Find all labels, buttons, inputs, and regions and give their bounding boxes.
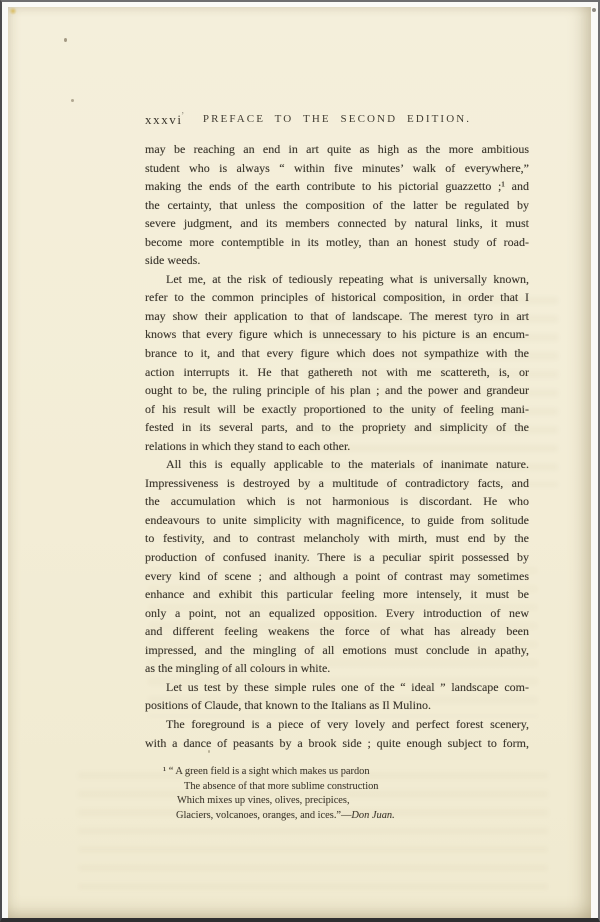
running-head: xxxvi ’ PREFACE TO THE SECOND EDITION. <box>145 110 529 129</box>
paragraph: The foreground is a piece of very lovely… <box>145 715 529 752</box>
text-line: action interrupts it. He that gathereth … <box>145 363 529 382</box>
footnote-line: Which mixes up vines, olives, precipices… <box>177 794 529 809</box>
stray-ink-mark: ’ <box>181 107 184 126</box>
text-line: severe judgment, and its members connect… <box>145 214 529 233</box>
text-line: of his result will be exactly proportion… <box>145 400 529 419</box>
text-line: production of confused inanity. There is… <box>145 548 529 567</box>
text-line: relations in which they stand to each ot… <box>145 437 529 456</box>
text-line: may show their application to that of la… <box>145 307 529 326</box>
text-line: become more contemptible in its motley, … <box>145 233 529 252</box>
text-line: side weeds. <box>145 251 529 270</box>
paragraph: Let me, at the risk of tediously repeati… <box>145 270 529 455</box>
footnote-line: Glaciers, volcanoes, oranges, and ices.”… <box>176 809 529 824</box>
text-line: student who is always “ within five minu… <box>145 159 529 178</box>
text-line: making the ends of the earth contribute … <box>145 177 529 196</box>
text-line: Let me, at the risk of tediously repeati… <box>145 270 529 289</box>
text-line: the accumulation which is not harmonious… <box>145 492 529 511</box>
page-body: may be reaching an end in art quite as h… <box>145 140 529 752</box>
text-line: and different feeling weakens the force … <box>145 622 529 641</box>
text-line: to festivity, and to contrast melancholy… <box>145 529 529 548</box>
footnote-line: ¹ “ A green field is a sight which makes… <box>163 765 529 780</box>
text-line: endeavours to unite simplicity with magn… <box>145 511 529 530</box>
footnote-line: The absence of that more sublime constru… <box>184 780 529 795</box>
text-line: Impressiveness is destroyed by a multitu… <box>145 474 529 493</box>
footnote-source: Don Juan. <box>351 810 394 821</box>
text-line: All this is equally applicable to the ma… <box>145 455 529 474</box>
text-line: brance to it, and that every figure whic… <box>145 344 529 363</box>
scanned-book-page: xxxvi ’ PREFACE TO THE SECOND EDITION. m… <box>0 0 600 922</box>
paragraph: may be reaching an end in art quite as h… <box>145 140 529 270</box>
paragraph: All this is equally applicable to the ma… <box>145 455 529 678</box>
page-number: xxxvi <box>145 110 183 129</box>
text-line: positions of Claude, that known to the I… <box>145 696 529 715</box>
text-line: every kind of scene ; and although a poi… <box>145 567 529 586</box>
text-line: enhance and exhibit this particular feel… <box>145 585 529 604</box>
text-line: as the mingling of all colours in white. <box>145 659 529 678</box>
text-line: impressed, and the mingling of all emoti… <box>145 641 529 660</box>
paper-speck <box>592 8 596 12</box>
text-line: The foreground is a piece of very lovely… <box>145 715 529 734</box>
text-line: the certainty, that unless the compositi… <box>145 196 529 215</box>
text-line: ought to be, the ruling principle of his… <box>145 381 529 400</box>
paragraph: Let us test by these simple rules one of… <box>145 678 529 715</box>
text-line: with a dance of peasants by a brook side… <box>145 734 529 753</box>
running-head-title: PREFACE TO THE SECOND EDITION. <box>145 110 529 129</box>
text-line: only a point, not an equalized oppositio… <box>145 604 529 623</box>
footnote: ¹ “ A green field is a sight which makes… <box>163 765 529 823</box>
text-line: knows that every figure which is unneces… <box>145 325 529 344</box>
text-line: fested in its several parts, and to the … <box>145 418 529 437</box>
text-line: Let us test by these simple rules one of… <box>145 678 529 697</box>
text-line: refer to the common principles of histor… <box>145 288 529 307</box>
text-column: xxxvi ’ PREFACE TO THE SECOND EDITION. m… <box>145 110 529 823</box>
text-line: may be reaching an end in art quite as h… <box>145 140 529 159</box>
